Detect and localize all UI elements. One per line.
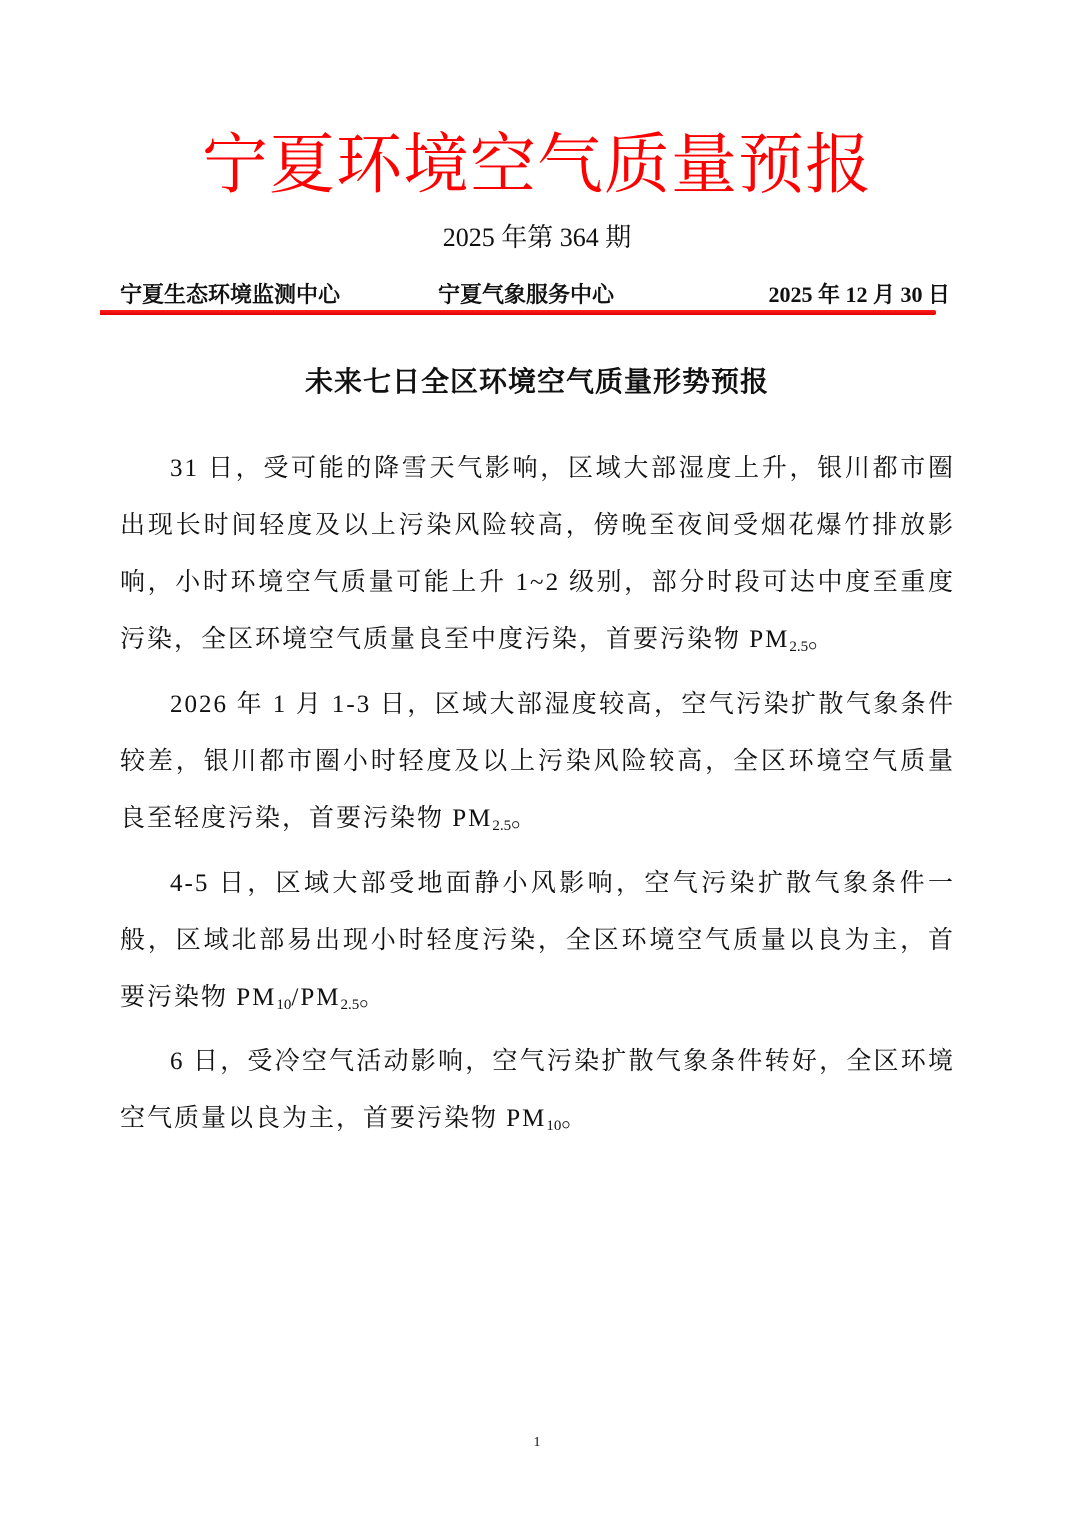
pollutant-subscript: 10: [546, 1118, 561, 1134]
issue-date: 2025 年 12 月 30 日: [768, 280, 950, 310]
document-page: 宁夏环境空气质量预报 2025 年第 364 期 宁夏生态环境监测中心 宁夏气象…: [0, 0, 1074, 1520]
paragraph-day4-5: 4-5 日，区域大部受地面静小风影响，空气污染扩散气象条件一般，区域北部易出现小…: [120, 855, 955, 1034]
paragraph-day31: 31 日，受可能的降雪天气影响，区域大部湿度上升，银川都市圈出现长时间轻度及以上…: [120, 440, 955, 676]
pollutant-subscript: 2.5: [789, 639, 808, 655]
paragraph-text: 4-5 日，区域大部受地面静小风影响，空气污染扩散气象条件一般，区域北部易出现小…: [120, 870, 955, 1011]
paragraph-tail: 。: [359, 984, 386, 1011]
masthead-title: 宁夏环境空气质量预报: [0, 125, 1074, 205]
pollutant-separator: /PM: [291, 984, 340, 1011]
meta-row: 宁夏生态环境监测中心 宁夏气象服务中心 2025 年 12 月 30 日: [120, 280, 950, 310]
pollutant-subscript: 2.5: [492, 818, 511, 834]
paragraph-text: 6 日，受冷空气活动影响，空气污染扩散气象条件转好，全区环境空气质量以良为主，首…: [120, 1048, 955, 1132]
paragraph-tail: 。: [808, 626, 835, 653]
paragraph-day6: 6 日，受冷空气活动影响，空气污染扩散气象条件转好，全区环境空气质量以良为主，首…: [120, 1033, 955, 1155]
paragraph-tail: 。: [511, 805, 538, 832]
issuing-org-meteorology: 宁夏气象服务中心: [438, 280, 614, 310]
issuing-org-monitoring: 宁夏生态环境监测中心: [120, 280, 340, 310]
paragraph-text: 31 日，受可能的降雪天气影响，区域大部湿度上升，银川都市圈出现长时间轻度及以上…: [120, 455, 955, 653]
red-divider: [100, 310, 936, 315]
forecast-body: 31 日，受可能的降雪天气影响，区域大部湿度上升，银川都市圈出现长时间轻度及以上…: [120, 440, 955, 1155]
pollutant-subscript: 10: [276, 996, 291, 1012]
paragraph-jan1-3: 2026 年 1 月 1-3 日，区域大部湿度较高，空气污染扩散气象条件较差，银…: [120, 676, 955, 855]
section-title: 未来七日全区环境空气质量形势预报: [0, 360, 1074, 404]
issue-number: 2025 年第 364 期: [0, 220, 1074, 256]
pollutant-subscript: 2.5: [340, 996, 359, 1012]
paragraph-tail: 。: [561, 1105, 588, 1132]
page-number: 1: [0, 1435, 1074, 1451]
